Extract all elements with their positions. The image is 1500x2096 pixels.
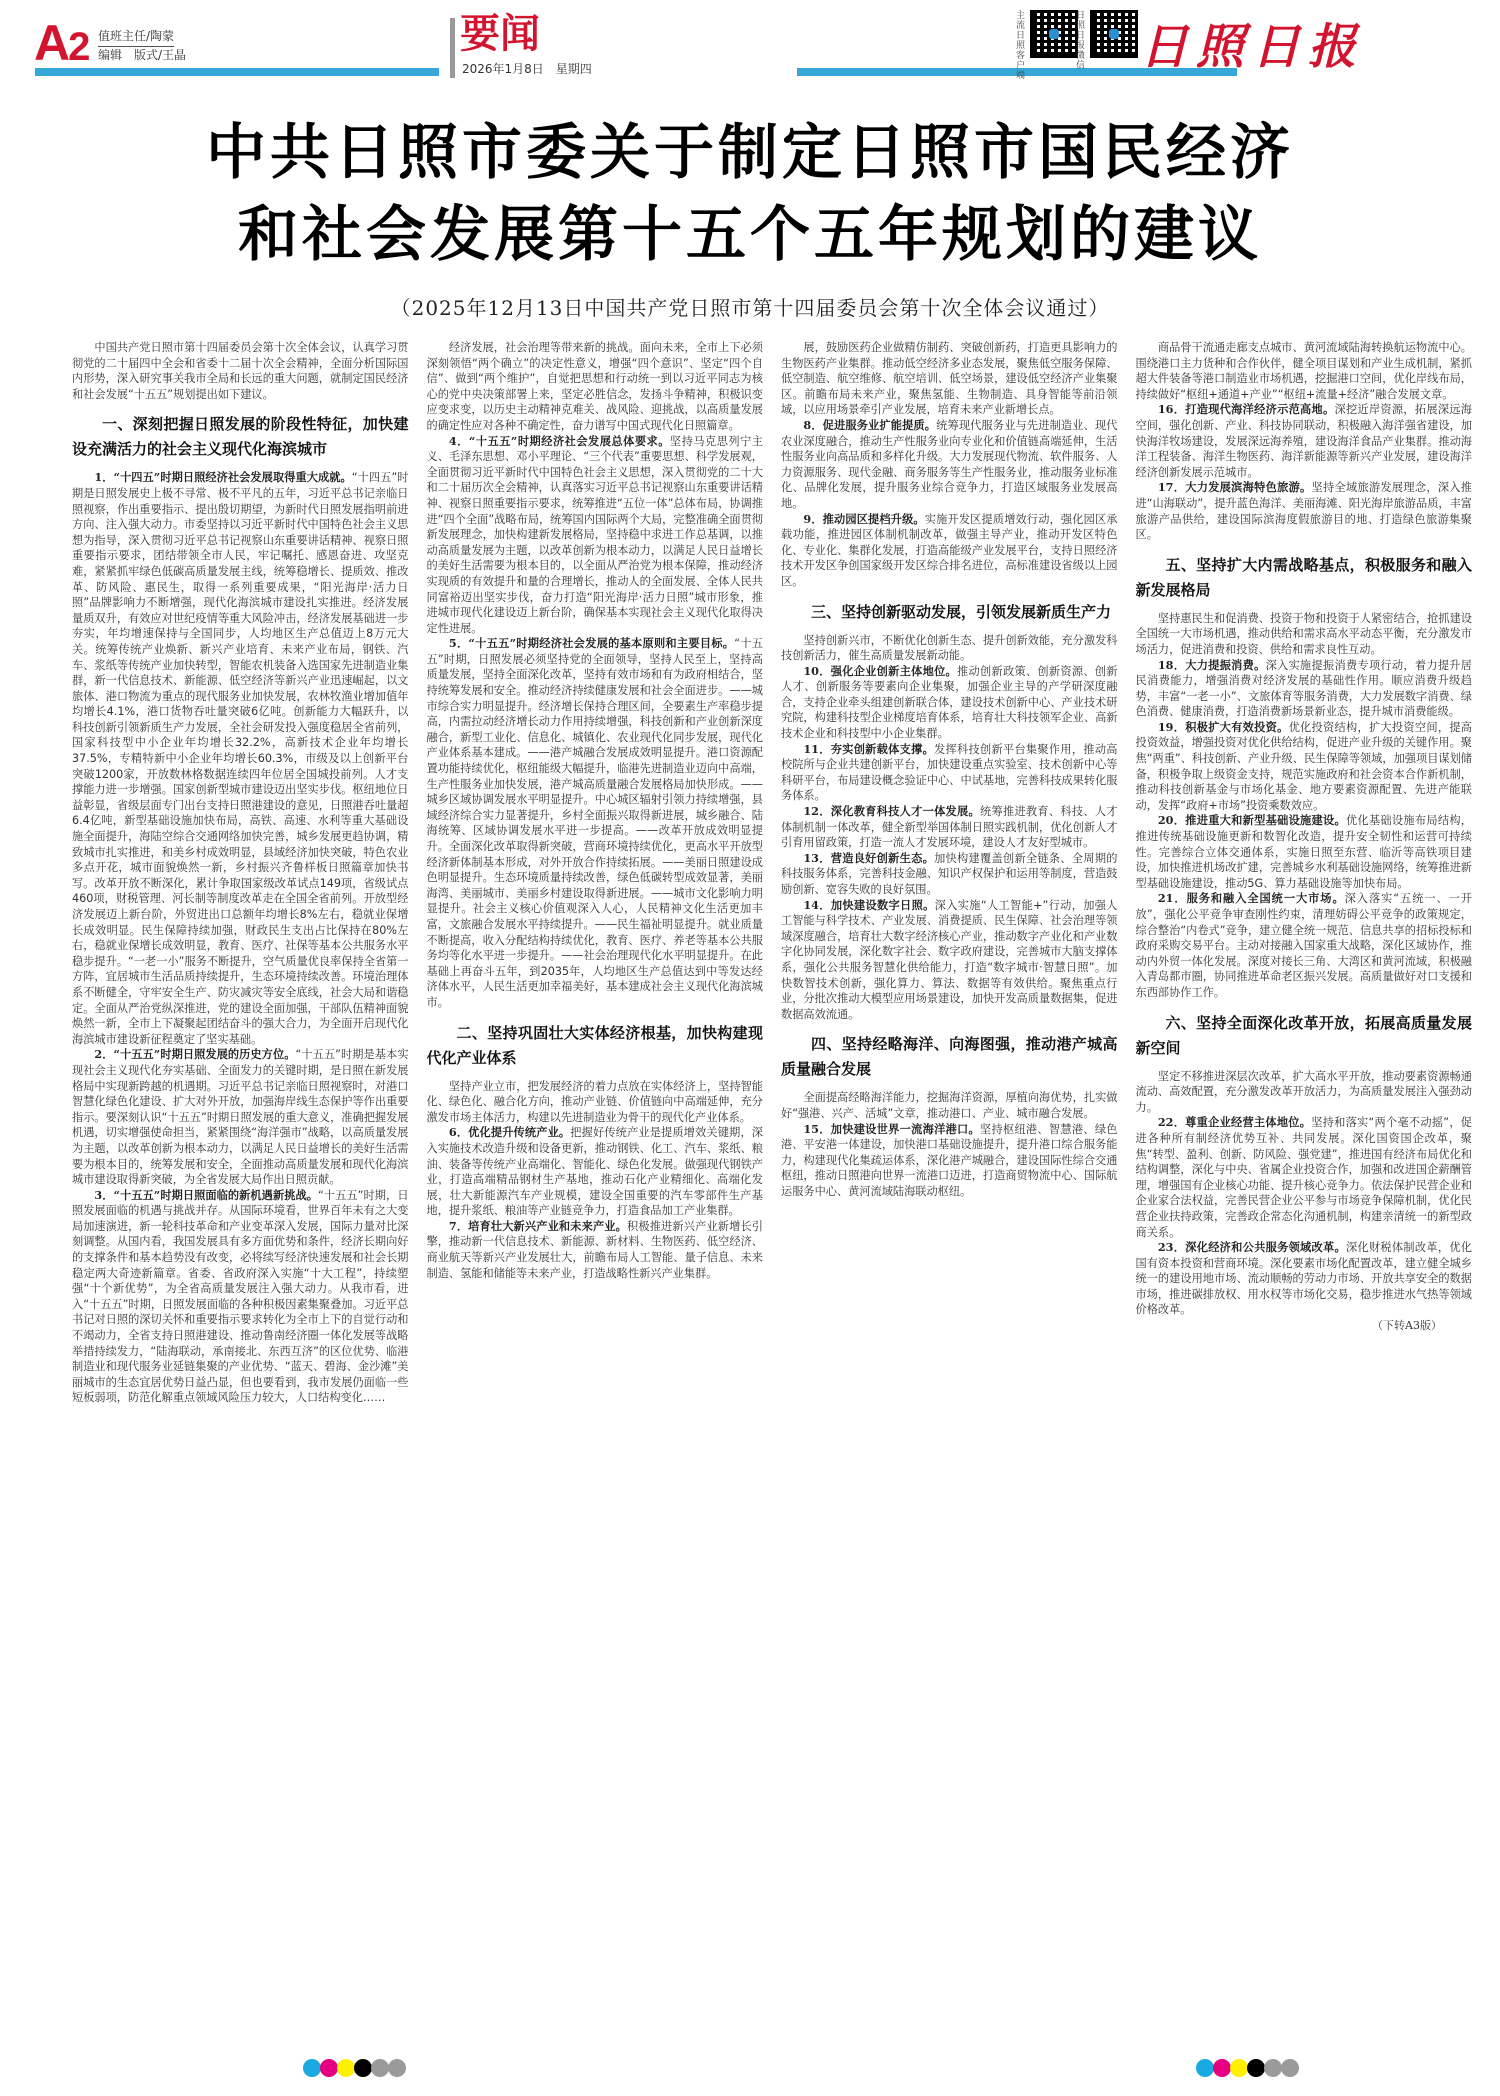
paragraph: 展，鼓励医药企业做精仿制药、突破创新药，打造更具影响力的生物医药产业集群。推动低… (781, 340, 1118, 418)
paragraph-lead: 13．营造良好创新生态。 (803, 851, 934, 865)
dateline: 2026年1月8日 星期四 (462, 60, 592, 77)
paragraph-text: 商品骨干流通走廊支点城市、黄河流域陆海转换航运物流中心。围绕港口主力货种和合作伙… (1136, 341, 1473, 401)
paragraph: 2．“十五五”时期日照发展的历史方位。“十五五”时期是基本实现社会主义现代化夯实… (72, 1047, 409, 1187)
paragraph-text: “十五五”时期是基本实现社会主义现代化夯实基础、全面发力的关键时期，是日照在新发… (72, 1048, 409, 1186)
registration-dot (1230, 2059, 1248, 2077)
page-letter: A (34, 15, 68, 71)
registration-dot (371, 2059, 389, 2077)
registration-dot (337, 2059, 355, 2077)
paragraph-lead: 11．夯实创新载体支撑。 (803, 742, 934, 756)
paragraph-text: 优化投资结构，扩大投资空间，提高投资效益，增强投资对优化供给结构，促进产业升级的… (1136, 721, 1473, 812)
paragraph-text: “十五五”时期，日照发展面临的机遇与挑战并存。从国际环境看，世界百年未有之大变局… (72, 1189, 409, 1405)
paragraph: 经济发展，社会治理等带来新的挑战。面向未来，全市上下必须深刻领悟“两个确立”的决… (427, 340, 764, 434)
headline-line-2: 和社会发展第十五个五年规划的建议 (0, 194, 1500, 276)
paragraph-text: 把握好传统产业是提质增效关键期，深入实施技术改造升级和设备更新，推动钢铁、化工、… (427, 1126, 764, 1217)
paragraph: 13．营造良好创新生态。加快构建覆盖创新全链条、全周期的科技服务体系，完善科技金… (781, 851, 1118, 898)
masthead: A2 值班主任/陶蒙 编辑 版式/王晶 要闻 2026年1月8日 星期四 主流日… (0, 0, 1500, 100)
paragraph-text: 坚持和落实“两个毫不动摇”，促进各种所有制经济优势互补、共同发展。深化国资国企改… (1136, 1116, 1473, 1238)
paragraph-lead: 8．促进服务业扩能提质。 (803, 418, 936, 432)
paragraph: 8．促进服务业扩能提质。统筹现代服务业与先进制造业、现代农业深度融合，推动生产性… (781, 418, 1118, 512)
paragraph-text: 展，鼓励医药企业做精仿制药、突破创新药，打造更具影响力的生物医药产业集群。推动低… (781, 341, 1118, 416)
editor-credits: 值班主任/陶蒙 编辑 版式/王晶 (98, 28, 186, 64)
paragraph-lead: 20．推进重大和新型基础设施建设。 (1158, 813, 1346, 827)
qr-label: 日照日报微信 (1073, 10, 1086, 70)
paragraph-lead: 2．“十五五”时期日照发展的历史方位。 (94, 1047, 295, 1061)
paragraph: 6．优化提升传统产业。把握好传统产业是提质增效关键期，深入实施技术改造升级和设备… (427, 1125, 764, 1219)
paragraph-lead: 1．“十四五”时期日照经济社会发展取得重大成就。 (94, 470, 351, 484)
section-heading: 六、坚持全面深化改革开放，拓展高质量发展新空间 (1136, 1011, 1473, 1061)
paragraph-lead: 12．深化教育科技人才一体发展。 (803, 804, 980, 818)
paragraph: 11．夯实创新载体支撑。发挥科技创新平台集聚作用，推动高校院所与企业共建创新平台… (781, 742, 1118, 804)
page-number-digit: 2 (68, 25, 88, 69)
paragraph-lead: 16．打造现代海洋经济示范高地。 (1158, 402, 1335, 416)
paragraph-lead: 19．积极扩大有效投资。 (1158, 720, 1289, 734)
article-body: 中国共产党日照市第十四届委员会第十次全体会议，认真学习贯彻党的二十届四中全会和省… (72, 340, 1472, 2050)
registration-dot (303, 2059, 321, 2077)
paragraph: 20．推进重大和新型基础设施建设。优化基础设施布局结构，推进传统基础设施更新和数… (1136, 813, 1473, 891)
paragraph-text: 坚持产业立市，把发展经济的着力点放在实体经济上，坚持智能化、绿色化、融合化方向，… (427, 1080, 764, 1124)
paragraph-lead: 4．“十五五”时期经济社会发展总体要求。 (449, 434, 670, 448)
newspaper-logo: 日照日报 (1140, 8, 1364, 77)
section-divider (450, 18, 455, 78)
paragraph: 坚持产业立市，把发展经济的着力点放在实体经济上，坚持智能化、绿色化、融合化方向，… (427, 1079, 764, 1126)
paragraph-text: 深入实施“人工智能+”行动，加强人工智能与科学技术、产业发展、消费提质、民生保障… (781, 899, 1118, 1021)
duty-editor: 值班主任/陶蒙 (98, 28, 174, 47)
continued-on-page-link[interactable]: （下转A3版） (1136, 1318, 1473, 1334)
registration-dot (388, 2059, 406, 2077)
paragraph: 7．培育壮大新兴产业和未来产业。积极推进新兴产业新增长引擎，推动新一代信息技术、… (427, 1219, 764, 1281)
paragraph-lead: 9．推动园区提档升级。 (803, 512, 924, 526)
section-heading: 三、坚持创新驱动发展，引领发展新质生产力 (781, 600, 1118, 625)
registration-dot (1247, 2059, 1265, 2077)
paragraph-text: 坚定不移推进深层次改革，扩大高水平开放，推动要素资源畅通流动、高效配置，充分激发… (1136, 1070, 1473, 1114)
paragraph: 22．尊重企业经营主体地位。坚持和落实“两个毫不动摇”，促进各种所有制经济优势互… (1136, 1115, 1473, 1240)
paragraph: 15．加快建设世界一流海洋港口。坚持枢纽港、智慧港、绿色港、平安港一体建设，加快… (781, 1122, 1118, 1200)
paragraph-text: 坚持惠民生和促消费、投资于物和投资于人紧密结合，抢抓建设全国统一大市场机遇，推动… (1136, 612, 1473, 656)
paragraph-lead: 7．培育壮大新兴产业和未来产业。 (449, 1219, 627, 1233)
paragraph-lead: 18．大力提振消费。 (1158, 658, 1266, 672)
paragraph-text: 统筹现代服务业与先进制造业、现代农业深度融合，推动生产性服务业向专业化和价值链高… (781, 419, 1118, 510)
section-heading: 五、坚持扩大内需战略基点，积极服务和融入新发展格局 (1136, 553, 1473, 603)
paragraph-text: “十四五”时期是日照发展史上极不寻常、极不平凡的五年，习近平总书记亲临日照视察，… (72, 471, 409, 1045)
registration-dot (1264, 2059, 1282, 2077)
column-1: 中国共产党日照市第十四届委员会第十次全体会议，认真学习贯彻党的二十届四中全会和省… (72, 340, 409, 2050)
paragraph: 4．“十五五”时期经济社会发展总体要求。坚持马克思列宁主义、毛泽东思想、邓小平理… (427, 434, 764, 637)
column-3: 展，鼓励医药企业做精仿制药、突破创新药，打造更具影响力的生物医药产业集群。推动低… (781, 340, 1118, 2050)
registration-dot (354, 2059, 372, 2077)
paragraph: 商品骨干流通走廊支点城市、黄河流域陆海转换航运物流中心。围绕港口主力货种和合作伙… (1136, 340, 1473, 402)
paragraph: 3．“十五五”时期日照面临的新机遇新挑战。“十五五”时期，日照发展面临的机遇与挑… (72, 1188, 409, 1406)
paragraph: 全面提高经略海洋能力，挖掘海洋资源，厚植向海优势，扎实做好“强港、兴产、活城”文… (781, 1090, 1118, 1121)
registration-dot (1213, 2059, 1231, 2077)
article-headline: 中共日照市委关于制定日照市国民经济 和社会发展第十五个五年规划的建议 (0, 112, 1500, 276)
paragraph-lead: 6．优化提升传统产业。 (449, 1125, 570, 1139)
paragraph-lead: 21．服务和融入全国统一大市场。 (1158, 891, 1345, 905)
paragraph: 坚持创新兴市，不断优化创新生态、提升创新效能，充分激发科技创新活力，催生高质量发… (781, 633, 1118, 664)
paragraph-lead: 23．深化经济和公共服务领域改革。 (1158, 1240, 1346, 1254)
qr-code-icon[interactable] (1030, 10, 1078, 58)
section-heading: 四、坚持经略海洋、向海图强，推动港产城高质量融合发展 (781, 1032, 1118, 1082)
paragraph: 12．深化教育科技人才一体发展。统筹推进教育、科技、人才体制机制一体改革，健全新… (781, 804, 1118, 851)
paragraph-text: 坚持马克思列宁主义、毛泽东思想、邓小平理论、“三个代表”重要思想、科学发展观，全… (427, 435, 764, 635)
paragraph-text: 中国共产党日照市第十四届委员会第十次全体会议，认真学习贯彻党的二十届四中全会和省… (72, 341, 409, 401)
registration-dot (1196, 2059, 1214, 2077)
paragraph: 中国共产党日照市第十四届委员会第十次全体会议，认真学习贯彻党的二十届四中全会和省… (72, 340, 409, 402)
paragraph: 17．大力发展滨海特色旅游。坚持全域旅游发展理念，深入推进“山海联动”，提升蓝色… (1136, 480, 1473, 542)
paragraph: 5．“十五五”时期经济社会发展的基本原则和主要目标。“十五五”时期，日照发展必须… (427, 636, 764, 1010)
paragraph-lead: 5．“十五五”时期经济社会发展的基本原则和主要目标。 (449, 636, 734, 650)
qr-label: 主流日照客户端 (1013, 10, 1026, 80)
paragraph: 9．推动园区提档升级。实施开发区提质增效行动，强化园区承载功能，推进园区体制机制… (781, 512, 1118, 590)
paragraph-lead: 14．加快建设数字日照。 (803, 898, 934, 912)
color-registration-marks (303, 2059, 405, 2077)
layout-editor: 编辑 版式/王晶 (98, 47, 186, 64)
column-2: 经济发展，社会治理等带来新的挑战。面向未来，全市上下必须深刻领悟“两个确立”的决… (427, 340, 764, 2050)
paragraph: 14．加快建设数字日照。深入实施“人工智能+”行动，加强人工智能与科学技术、产业… (781, 898, 1118, 1023)
qr-code-icon[interactable] (1090, 10, 1138, 58)
paragraph: 19．积极扩大有效投资。优化投资结构，扩大投资空间，提高投资效益，增强投资对优化… (1136, 720, 1473, 814)
qr-block-wechat[interactable]: 日照日报微信 (1073, 10, 1138, 70)
header-rule-left (35, 68, 439, 76)
paragraph-lead: 17．大力发展滨海特色旅游。 (1158, 480, 1312, 494)
paragraph-lead: 15．加快建设世界一流海洋港口。 (803, 1122, 980, 1136)
article-subtitle: （2025年12月13日中国共产党日照市第十四届委员会第十次全体会议通过） (0, 292, 1500, 321)
paragraph-text: “十五五”时期，日照发展必须坚持党的全面领导，坚持人民至上，坚持高质量发展，坚持… (427, 637, 764, 1009)
page-number: A2 (34, 18, 88, 72)
paragraph-text: 深入落实“五统一、一开放”，强化公平竞争审查刚性约束，清理妨碍公平竞争的政策规定… (1136, 892, 1473, 999)
registration-dot (1281, 2059, 1299, 2077)
registration-dot (320, 2059, 338, 2077)
paragraph: 坚持惠民生和促消费、投资于物和投资于人紧密结合，抢抓建设全国统一大市场机遇，推动… (1136, 611, 1473, 658)
paragraph: 23．深化经济和公共服务领域改革。深化财税体制改革，优化国有资本投资和营商环境。… (1136, 1240, 1473, 1318)
qr-block-client[interactable]: 主流日照客户端 (1013, 10, 1078, 80)
section-name: 要闻 (460, 12, 540, 56)
headline-line-1: 中共日照市委关于制定日照市国民经济 (0, 112, 1500, 194)
paragraph-lead: 22．尊重企业经营主体地位。 (1158, 1115, 1311, 1129)
section-heading: 一、深刻把握日照发展的阶段性特征，加快建设充满活力的社会主义现代化海滨城市 (72, 412, 409, 462)
paragraph-text: 坚持创新兴市，不断优化创新生态、提升创新效能，充分激发科技创新活力，催生高质量发… (781, 634, 1118, 663)
paragraph: 1．“十四五”时期日照经济社会发展取得重大成就。“十四五”时期是日照发展史上极不… (72, 470, 409, 1047)
section-heading: 二、坚持巩固壮大实体经济根基，加快构建现代化产业体系 (427, 1021, 764, 1071)
paragraph-text: 全面提高经略海洋能力，挖掘海洋资源，厚植向海优势，扎实做好“强港、兴产、活城”文… (781, 1091, 1118, 1120)
paragraph: 16．打造现代海洋经济示范高地。深挖近岸资源，拓展深远海空间，强化创新、产业、科… (1136, 402, 1473, 480)
paragraph: 18．大力提振消费。深入实施提振消费专项行动，着力提升居民消费能力，增强消费对经… (1136, 658, 1473, 720)
paragraph-text: 经济发展，社会治理等带来新的挑战。面向未来，全市上下必须深刻领悟“两个确立”的决… (427, 341, 764, 432)
paragraph-lead: 3．“十五五”时期日照面临的新机遇新挑战。 (94, 1188, 318, 1202)
paragraph: 10．强化企业创新主体地位。推动创新政策、创新资源、创新人才、创新服务等要素向企… (781, 664, 1118, 742)
paragraph-lead: 10．强化企业创新主体地位。 (803, 664, 957, 678)
paragraph: 坚定不移推进深层次改革，扩大高水平开放，推动要素资源畅通流动、高效配置，充分激发… (1136, 1069, 1473, 1116)
column-4: 商品骨干流通走廊支点城市、黄河流域陆海转换航运物流中心。围绕港口主力货种和合作伙… (1136, 340, 1473, 2050)
paragraph: 21．服务和融入全国统一大市场。深入落实“五统一、一开放”，强化公平竞争审查刚性… (1136, 891, 1473, 1000)
color-registration-marks-right (1196, 2059, 1298, 2077)
